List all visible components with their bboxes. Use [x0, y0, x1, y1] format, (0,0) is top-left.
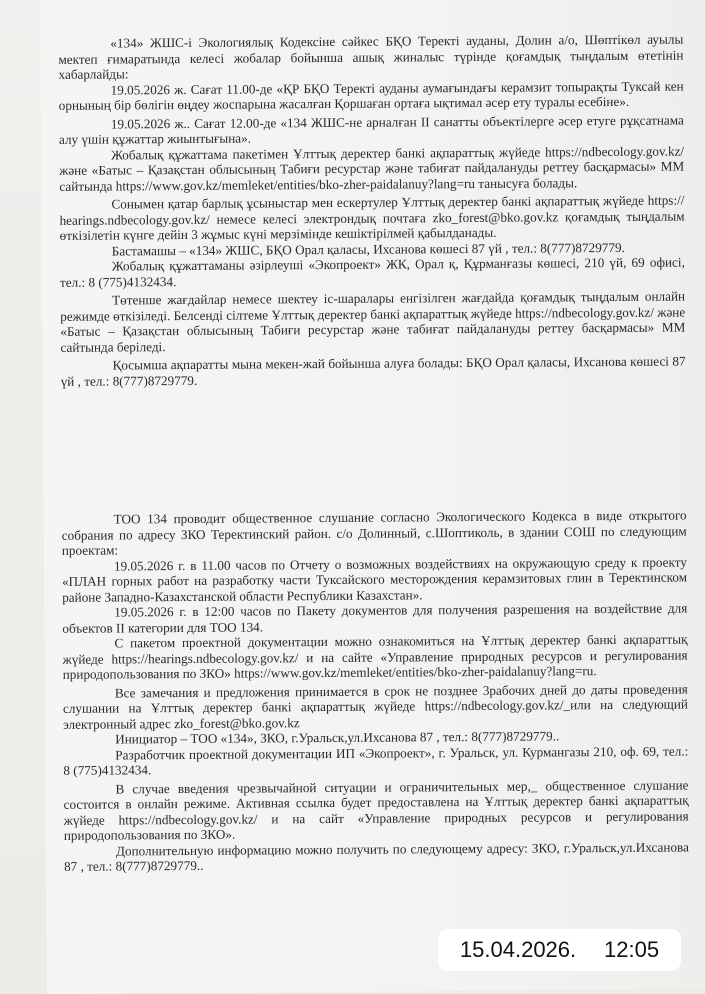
ru-project-2: 19.05.2026 г. в 12:00 часов по Пакету до…: [62, 600, 687, 635]
ru-additional-info: Дополнительную информацию можно получить…: [64, 839, 689, 874]
ru-emergency: В случае введения чрезвычайной ситуации …: [63, 777, 688, 843]
ru-intro: ТОО 134 проводит общественное слушание с…: [62, 507, 687, 558]
ru-comments: Все замечания и предложения принимается …: [63, 681, 688, 732]
timestamp-date: 15.04.2026.: [460, 937, 576, 963]
kz-documentation: Жобалық құжаттама пакетімен Ұлттық дерек…: [59, 143, 684, 194]
kz-developer: Жобалық құжаттаманы әзірлеуші «Экопроект…: [60, 255, 685, 290]
ru-developer: Разработчик проектной документации ИП «Э…: [63, 743, 688, 778]
kz-additional-info: Қосымша ақпаратты мына мекен-жай бойынша…: [60, 354, 685, 389]
kz-emergency: Төтенше жағдайлар немесе шектеу іс-шарал…: [60, 289, 685, 355]
kz-project-1: 19.05.2026 ж. Сағат 11.00-де «ҚР БҚО Тер…: [59, 78, 684, 113]
ru-project-1: 19.05.2026 г. в 11.00 часов по Отчету о …: [62, 554, 687, 605]
kz-comments: Сонымен қатар барлық ұсыныстар мен ескер…: [59, 193, 684, 244]
kz-project-2: 19.05.2026 ж.. Сағат 12.00-де «134 ЖШС-н…: [59, 112, 684, 147]
photo-timestamp: 15.04.2026. 12:05: [438, 929, 681, 971]
document-page: «134» ЖШС-і Экологиялық Кодексіне сәйкес…: [40, 0, 705, 994]
timestamp-time: 12:05: [604, 937, 659, 963]
kz-intro: «134» ЖШС-і Экологиялық Кодексіне сәйкес…: [58, 32, 683, 83]
kazakh-announcement: «134» ЖШС-і Экологиялық Кодексіне сәйкес…: [58, 32, 685, 389]
ru-documentation: С пакетом проектной документации можно о…: [62, 631, 687, 682]
russian-announcement: ТОО 134 проводит общественное слушание с…: [62, 507, 690, 874]
